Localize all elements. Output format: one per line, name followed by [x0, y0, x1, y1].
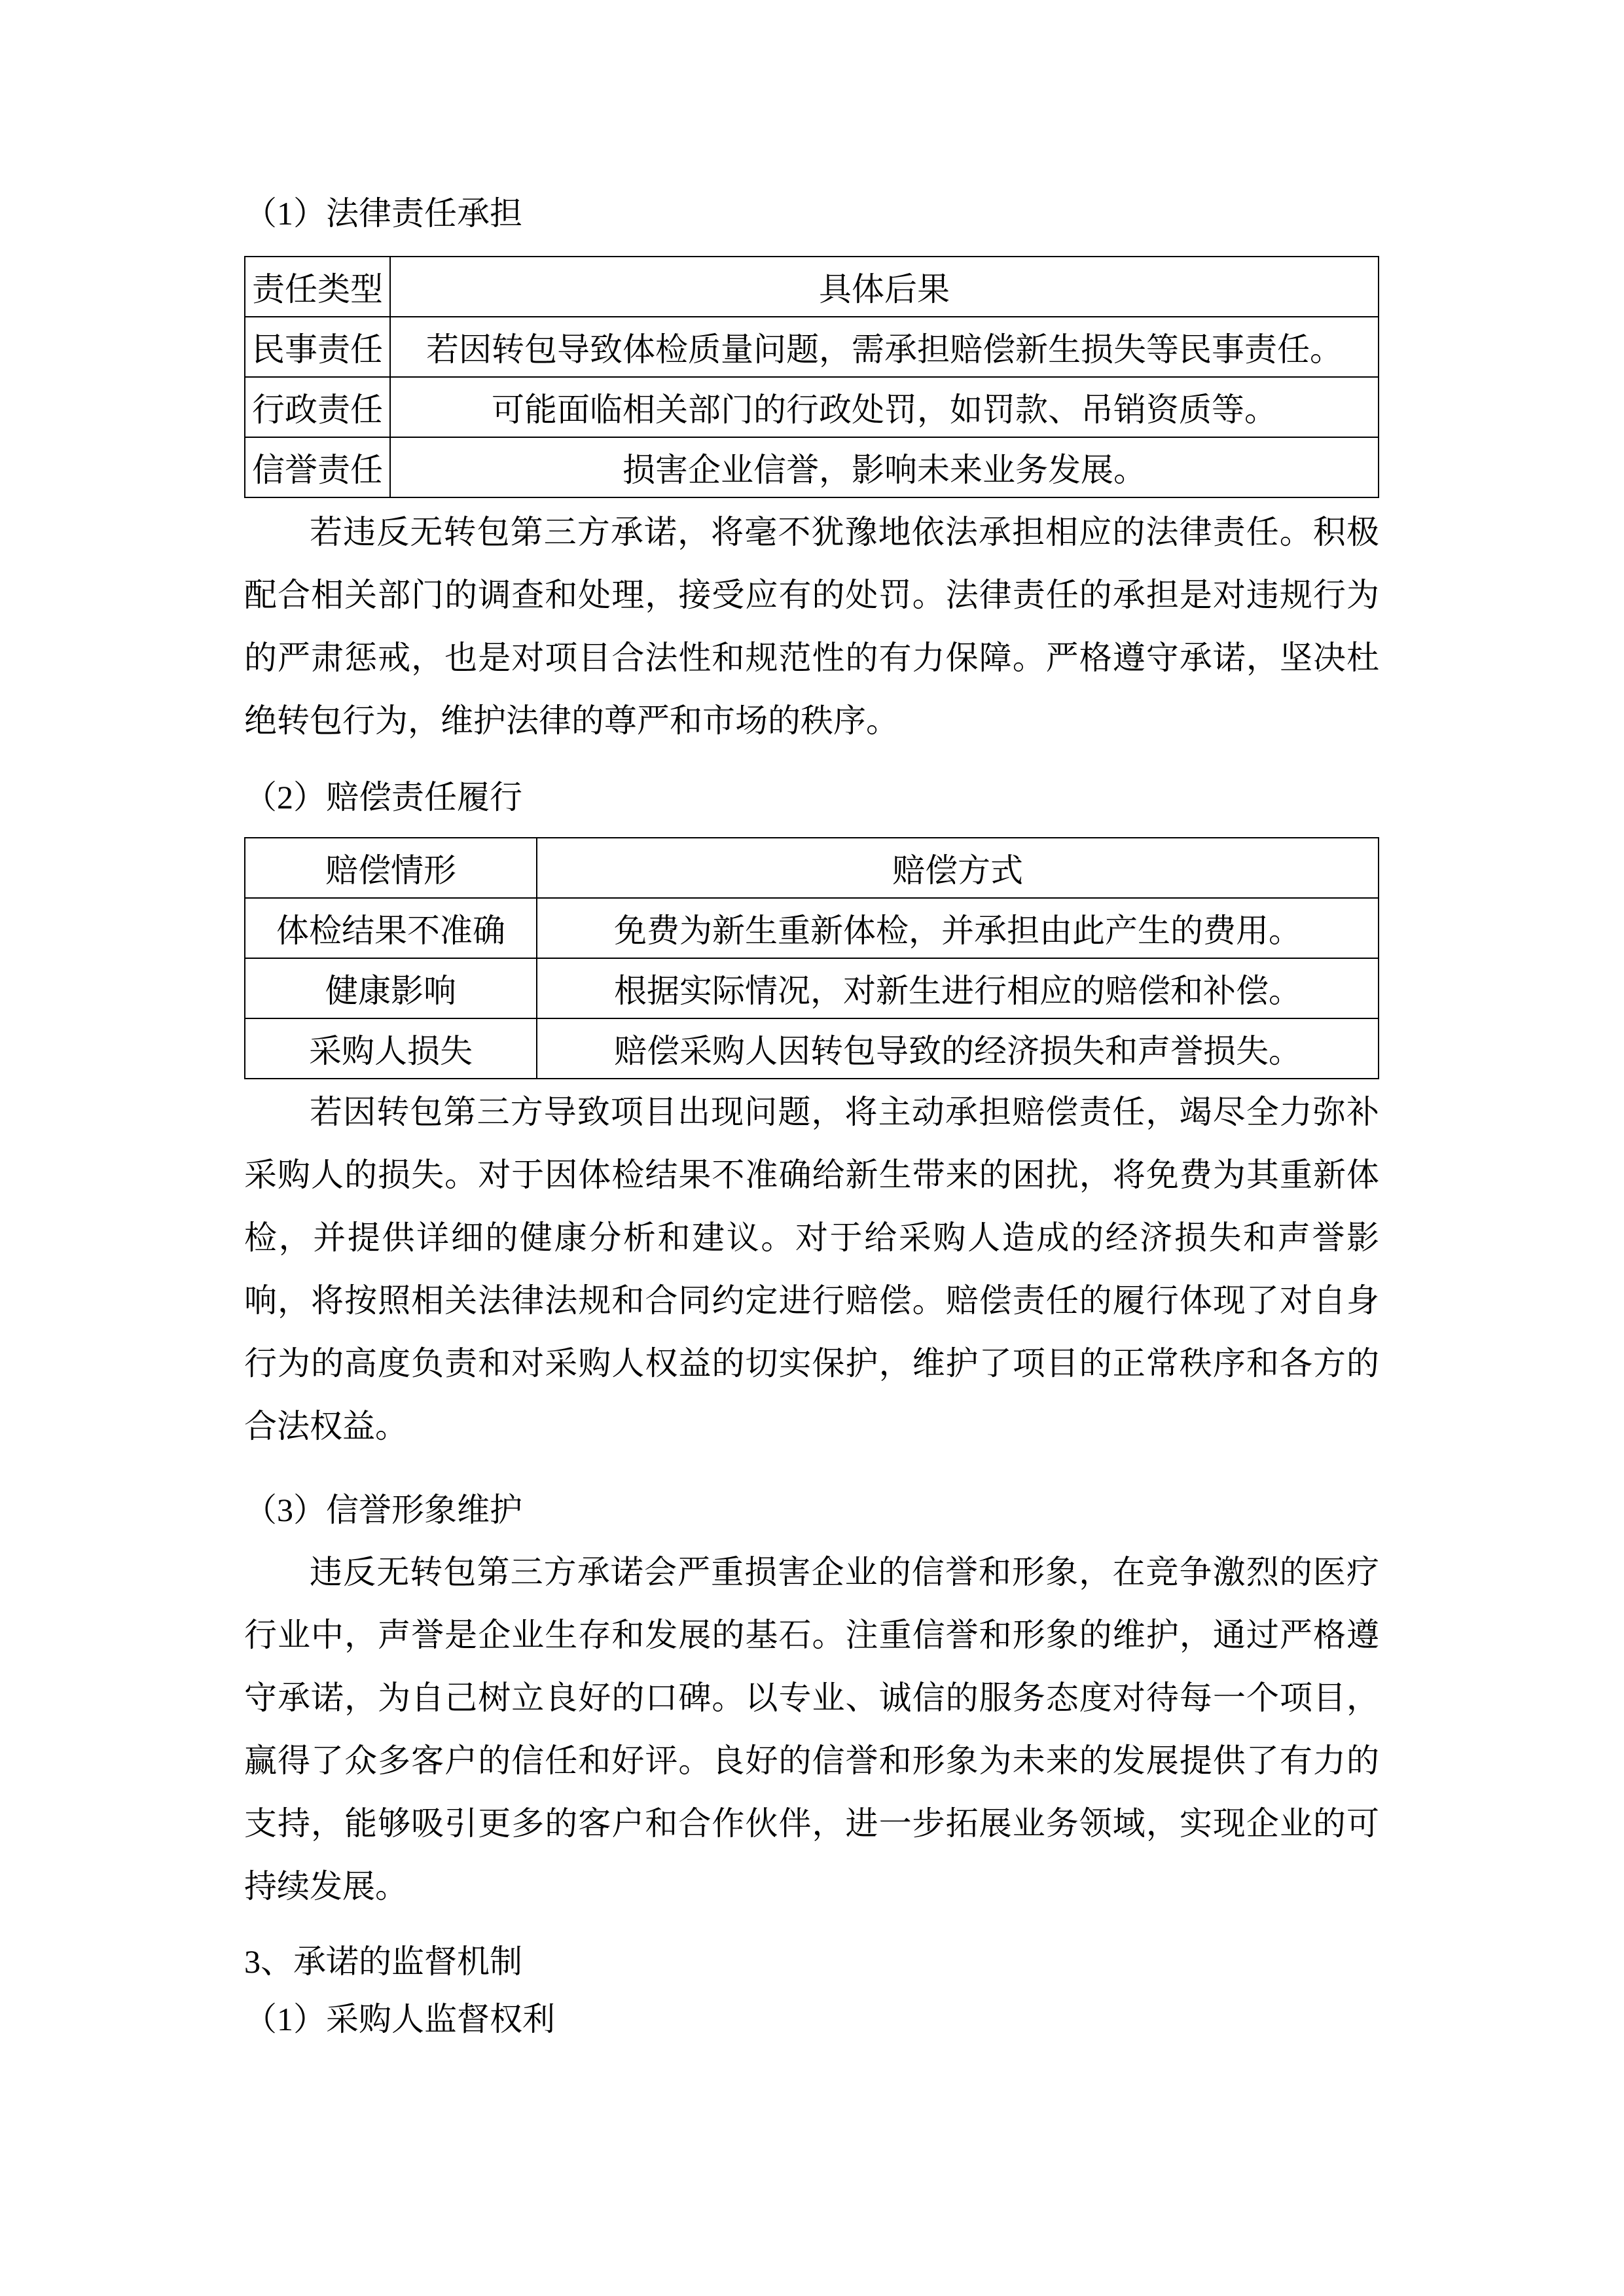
- table-row: 信誉责任 损害企业信誉，影响未来业务发展。: [245, 437, 1379, 497]
- table2-header-method: 赔偿方式: [537, 838, 1379, 898]
- table1-cell-label: 民事责任: [245, 317, 390, 377]
- table1-header-consequence: 具体后果: [390, 257, 1379, 317]
- table1-cell-label: 行政责任: [245, 377, 390, 437]
- table-compensation: 赔偿情形 赔偿方式 体检结果不准确 免费为新生重新体检，并承担由此产生的费用。 …: [244, 837, 1379, 1079]
- table1-cell-value: 可能面临相关部门的行政处罚，如罚款、吊销资质等。: [390, 377, 1379, 437]
- table2-cell-value: 免费为新生重新体检，并承担由此产生的费用。: [537, 898, 1379, 958]
- heading-legal-responsibility: （1）法律责任承担: [244, 195, 1379, 232]
- table1-cell-label: 信誉责任: [245, 437, 390, 497]
- paragraph-compensation: 若因转包第三方导致项目出现问题，将主动承担赔偿责任，竭尽全力弥补采购人的损失。对…: [244, 1081, 1379, 1458]
- table-row: 赔偿情形 赔偿方式: [245, 838, 1379, 898]
- table1-cell-value: 若因转包导致体检质量问题，需承担赔偿新生损失等民事责任。: [390, 317, 1379, 377]
- paragraph-legal-responsibility: 若违反无转包第三方承诺，将毫不犹豫地依法承担相应的法律责任。积极配合相关部门的调…: [244, 501, 1379, 752]
- table2-cell-label: 体检结果不准确: [245, 898, 537, 958]
- table2-cell-label: 健康影响: [245, 958, 537, 1018]
- table-row: 体检结果不准确 免费为新生重新体检，并承担由此产生的费用。: [245, 898, 1379, 958]
- table2-cell-value: 赔偿采购人因转包导致的经济损失和声誉损失。: [537, 1018, 1379, 1079]
- heading-supervision-mechanism: 3、承诺的监督机制: [244, 1943, 1379, 1980]
- paragraph-reputation: 违反无转包第三方承诺会严重损害企业的信誉和形象，在竞争激烈的医疗行业中，声誉是企…: [244, 1541, 1379, 1918]
- table2-cell-label: 采购人损失: [245, 1018, 537, 1079]
- table2-cell-value: 根据实际情况，对新生进行相应的赔偿和补偿。: [537, 958, 1379, 1018]
- table1-cell-value: 损害企业信誉，影响未来业务发展。: [390, 437, 1379, 497]
- table-legal-responsibility: 责任类型 具体后果 民事责任 若因转包导致体检质量问题，需承担赔偿新生损失等民事…: [244, 256, 1379, 498]
- table1-header-type: 责任类型: [245, 257, 390, 317]
- table2-header-situation: 赔偿情形: [245, 838, 537, 898]
- heading-purchaser-supervision-rights: （1）采购人监督权利: [244, 2001, 1379, 2037]
- table-row: 行政责任 可能面临相关部门的行政处罚，如罚款、吊销资质等。: [245, 377, 1379, 437]
- heading-compensation: （2）赔偿责任履行: [244, 779, 1379, 816]
- table-row: 健康影响 根据实际情况，对新生进行相应的赔偿和补偿。: [245, 958, 1379, 1018]
- table-row: 责任类型 具体后果: [245, 257, 1379, 317]
- table-row: 采购人损失 赔偿采购人因转包导致的经济损失和声誉损失。: [245, 1018, 1379, 1079]
- heading-reputation: （3）信誉形象维护: [244, 1492, 1379, 1528]
- document-page: （1）法律责任承担 责任类型 具体后果 民事责任 若因转包导致体检质量问题，需承…: [0, 0, 1624, 2296]
- table-row: 民事责任 若因转包导致体检质量问题，需承担赔偿新生损失等民事责任。: [245, 317, 1379, 377]
